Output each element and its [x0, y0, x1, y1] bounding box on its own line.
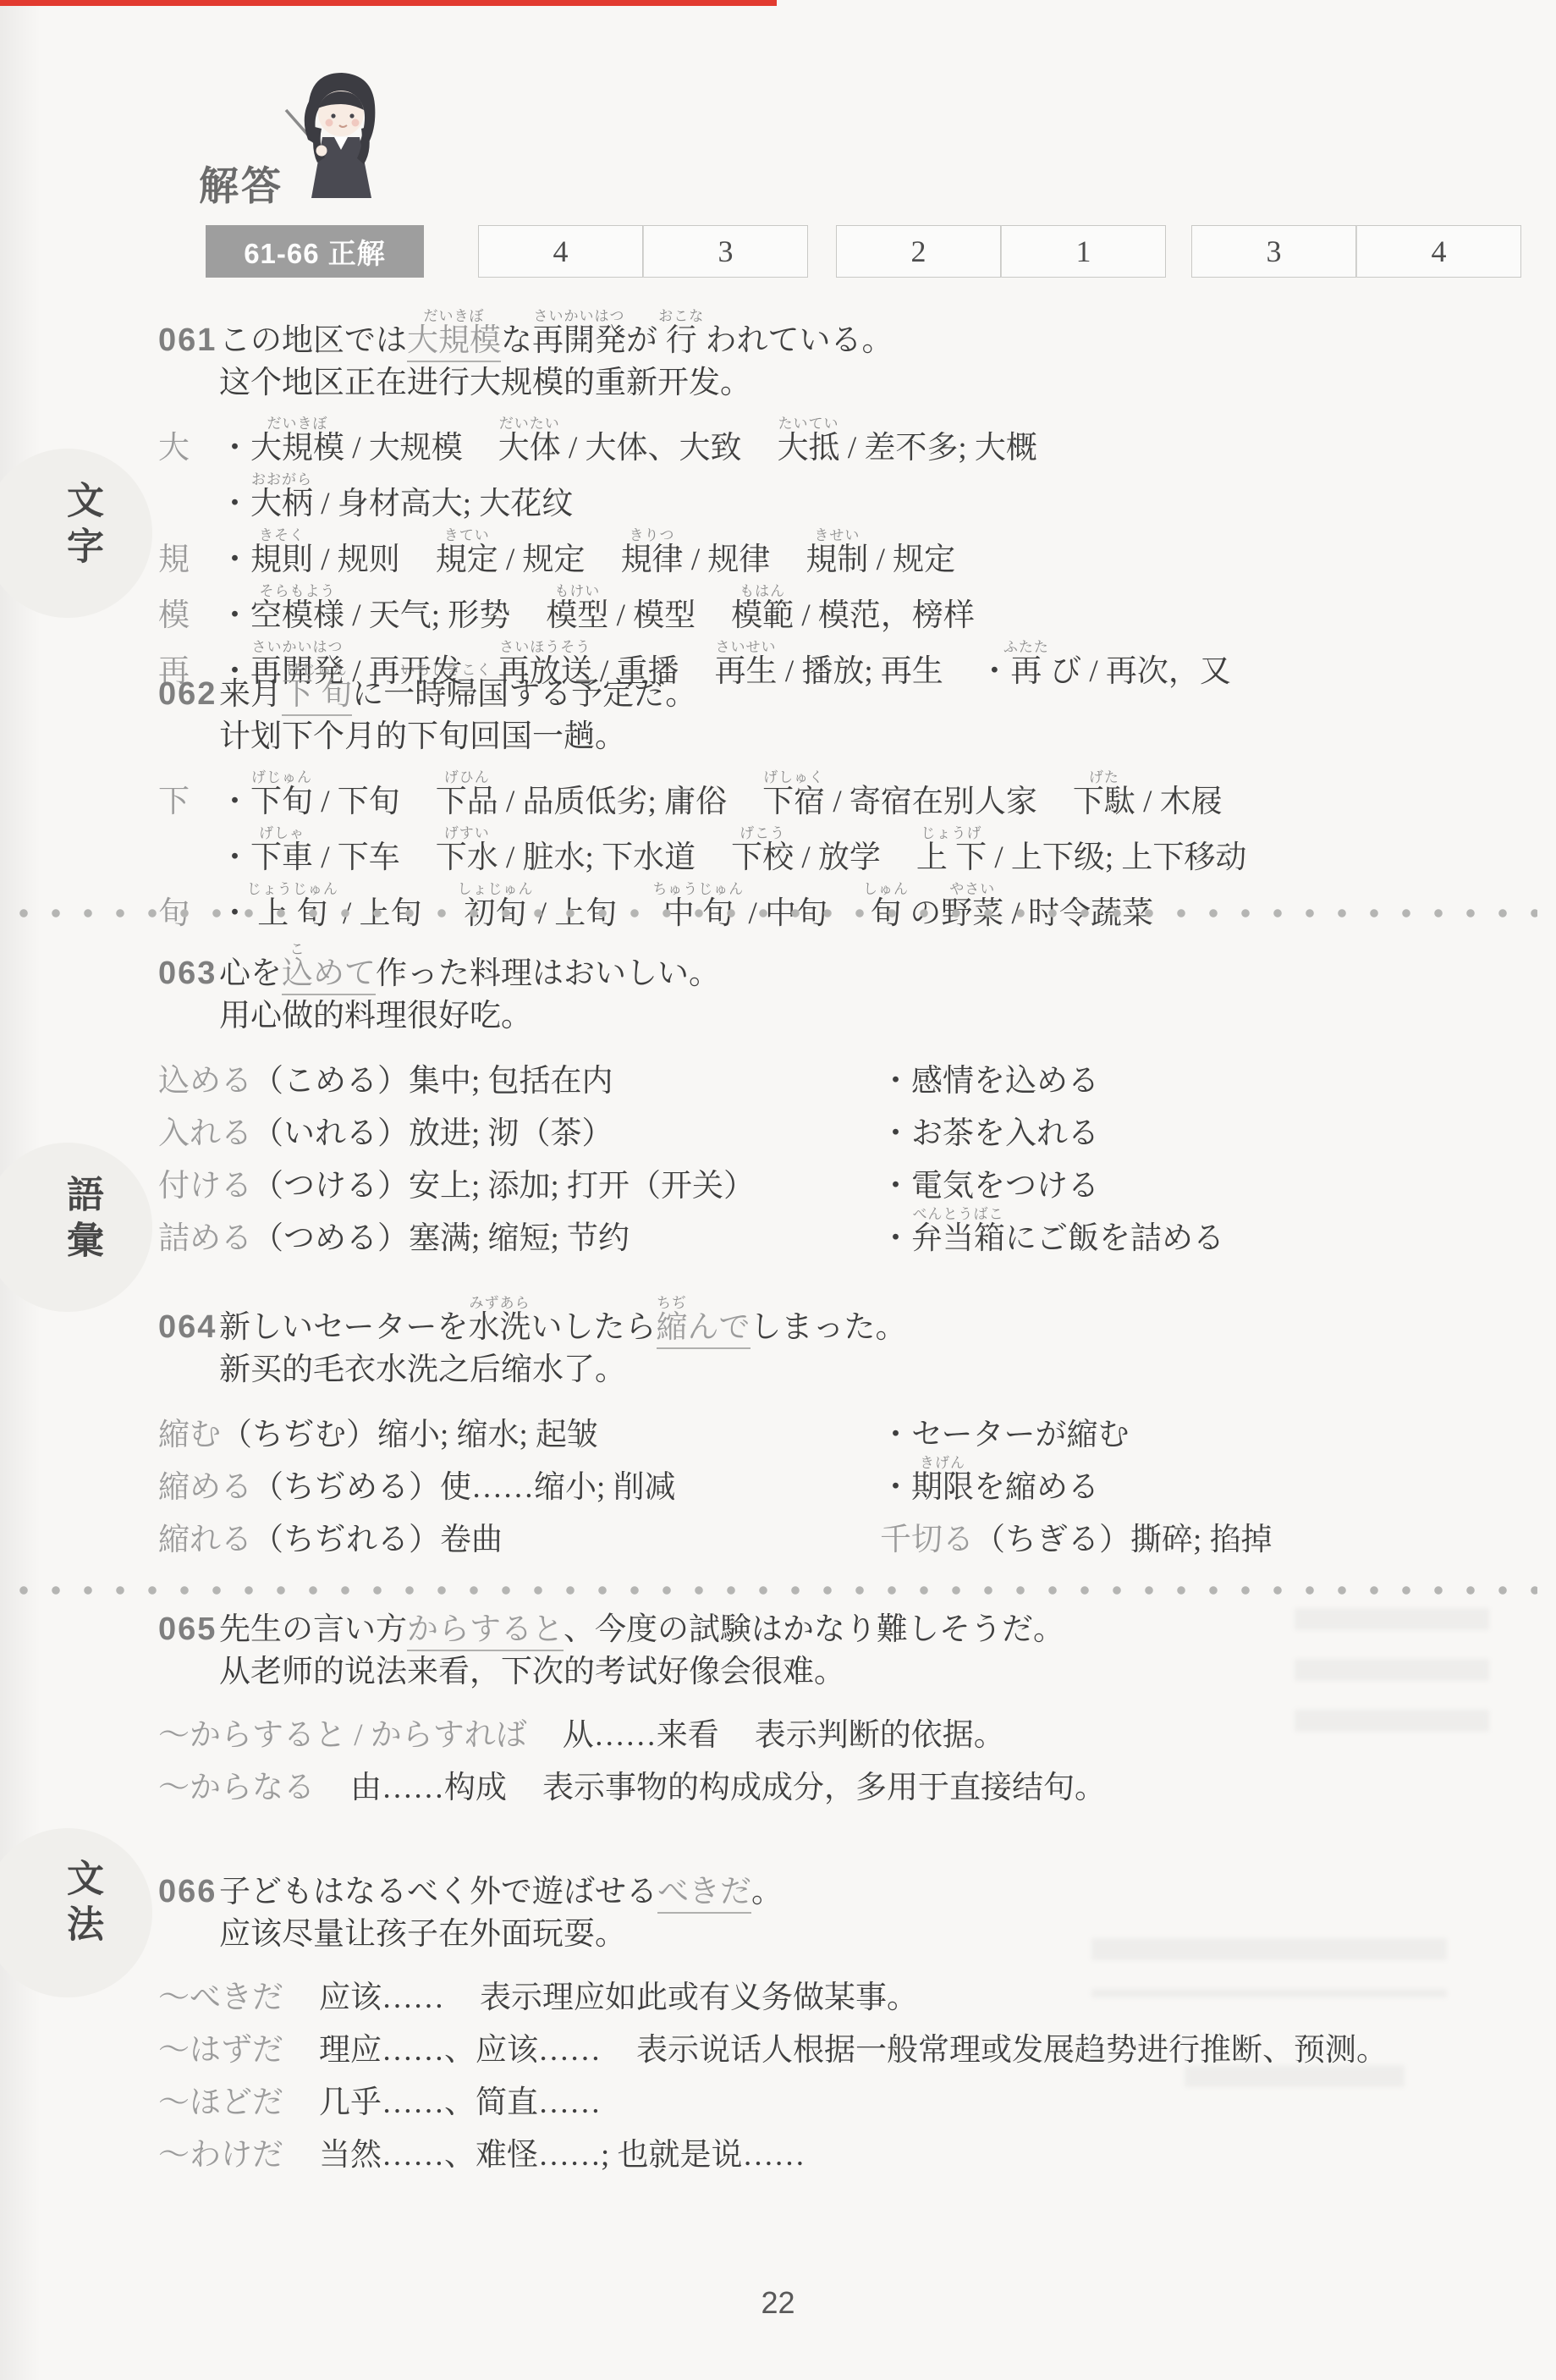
teacher-girl-illustration [271, 66, 406, 223]
answer-cell-63: 2 [836, 225, 1001, 278]
question-translation: 新买的毛衣水洗之后缩水了。 [219, 1353, 1529, 1389]
answer-cell-62: 3 [643, 225, 808, 278]
vocab-example: ・期限きげんを縮める [880, 1455, 1529, 1506]
question-sentence: 先生の言い方からすると、今度の試験はかなり難しそうだ。 [219, 1613, 1064, 1648]
kanji-label: 下 [158, 785, 207, 820]
show-through-smudge [1091, 1938, 1447, 1997]
sidebar-label-goi: 語彙 [44, 1175, 108, 1266]
vocab-example: ・電気をつける [880, 1170, 1529, 1204]
vocab-definition: 縮れる（ちぢれる）卷曲 [158, 1523, 880, 1558]
vocab-example: ・弁当箱べんとうばこにご飯を詰める [880, 1206, 1529, 1257]
question-sentence: 心を込こめて作った料理はおいしい。 [219, 941, 720, 992]
answer-cell-66: 4 [1356, 225, 1521, 278]
kanji-label: 模 [158, 599, 207, 634]
kanji-label: 大 [158, 432, 207, 466]
question-translation: 这个地区正在进行大规模的重新开发。 [219, 366, 1529, 402]
question-066: 066 子どもはなるべく外で遊ばせるべきだ。 应该尽量让孩子在外面玩耍。 ～べき… [158, 1849, 1529, 2173]
question-062: 062 来月下 旬げじゅんに一時帰国いちじきこくする予定だ。 计划下个月的下旬回… [158, 652, 1529, 932]
answer-pair: 3 4 [1191, 225, 1521, 278]
question-number: 065 [158, 1612, 207, 1648]
vocab-definition: 縮める（ちぢめる）使……缩小; 削减 [158, 1471, 880, 1506]
answer-cell-65: 3 [1191, 225, 1356, 278]
question-number: 063 [158, 956, 207, 992]
sidebar-label-moji: 文字 [44, 481, 108, 572]
question-number: 062 [158, 677, 207, 713]
vocab-row: ・上 旬じょうじゅん / 上旬初旬しょじゅん / 上旬中 旬ちゅうじゅん / 中… [219, 881, 1529, 932]
show-through-smudge [1185, 2065, 1405, 2116]
vocab-definition: 込める（こめる）集中; 包括在内 [158, 1065, 880, 1099]
vocab-row: ・下車げしゃ / 下车下水げすい / 脏水; 下水道下校げこう / 放学上 下じ… [219, 825, 1529, 876]
answer-key-badge: 61-66 正解 [206, 225, 424, 278]
vocab-example: 千切る（ちぎる）撕碎; 掐掉 [880, 1523, 1529, 1558]
dotted-divider [19, 907, 1537, 919]
question-064: 064 新しいセーターを水洗みずあらいしたら縮ちぢんでしまった。 新买的毛衣水洗… [158, 1285, 1529, 1558]
grammar-row: ～わけだ当然……、难怪……; 也就是说…… [158, 2121, 1529, 2173]
page-number: 22 [0, 2285, 1556, 2321]
textbook-answer-page: 文字 語彙 文法 解答 61-66 正解 4 3 2 1 [0, 0, 1556, 2380]
vocab-example: ・お茶を入れる [880, 1117, 1529, 1152]
answer-cell-61: 4 [478, 225, 643, 278]
vocab-row: ・空模様そらもよう / 天气; 形势模型もけい / 模型模範もはん / 模范，榜… [219, 583, 1529, 634]
vocab-definition: 入れる（いれる）放进; 沏（茶） [158, 1117, 880, 1152]
question-sentence: この地区では大規模だいきぼな再開発さいかいはつが 行おこな われている。 [219, 308, 893, 359]
question-number: 061 [158, 323, 207, 359]
question-translation: 用心做的料理很好吃。 [219, 999, 1529, 1035]
question-sentence: 新しいセーターを水洗みずあらいしたら縮ちぢんでしまった。 [219, 1295, 907, 1346]
vocab-row: ・規則きそく / 规则規定きてい / 规定規律きりつ / 规律規制きせい / 规… [219, 527, 1529, 578]
question-translation: 计划下个月的下旬回国一趟。 [219, 719, 1529, 756]
answer-pair: 4 3 [478, 225, 808, 278]
show-through-smudge [1295, 1608, 1489, 1735]
vocab-row: ・大柄おおがら / 身材高大; 大花纹 [219, 471, 1529, 522]
vocab-row: ・下旬げじゅん / 下旬下品げひん / 品质低劣; 庸俗下宿げしゅく / 寄宿在… [219, 769, 1529, 820]
vocab-example: ・感情を込める [880, 1065, 1529, 1099]
grammar-row: ～はずだ理应……、应该……表示说话人根据一般常理或发展趋势进行推断、预测。 [158, 2016, 1529, 2069]
vocab-definition: 縮む（ちぢむ）缩小; 缩水; 起皱 [158, 1419, 880, 1453]
question-063: 063 心を込こめて作った料理はおいしい。 用心做的料理很好吃。 込める（こめる… [158, 931, 1529, 1257]
answer-cell-64: 1 [1001, 225, 1166, 278]
answer-pair: 2 1 [836, 225, 1166, 278]
question-061: 061 この地区では大規模だいきぼな再開発さいかいはつが 行おこな われている。… [158, 298, 1529, 690]
vocab-definition: 詰める（つめる）塞满; 缩短; 节约 [158, 1222, 880, 1257]
question-sentence: 子どもはなるべく外で遊ばせるべきだ。 [219, 1876, 783, 1910]
question-sentence: 来月下 旬げじゅんに一時帰国いちじきこくする予定だ。 [219, 662, 696, 713]
top-accent-strip [0, 0, 777, 6]
grammar-row: ～からなる由……构成表示事物的构成成分，多用于直接结句。 [158, 1754, 1529, 1806]
vocab-example: ・セーターが縮む [880, 1419, 1529, 1453]
vocab-row: ・大規模だいきぼ / 大规模大体だいたい / 大体、大致大抵たいてい / 差不多… [219, 416, 1529, 466]
vocab-definition: 付ける（つける）安上; 添加; 打开（开关） [158, 1170, 880, 1204]
sidebar-label-bunpo: 文法 [44, 1859, 108, 1950]
question-number: 064 [158, 1310, 207, 1346]
question-number: 066 [158, 1875, 207, 1910]
kanji-label: 規 [158, 543, 207, 578]
